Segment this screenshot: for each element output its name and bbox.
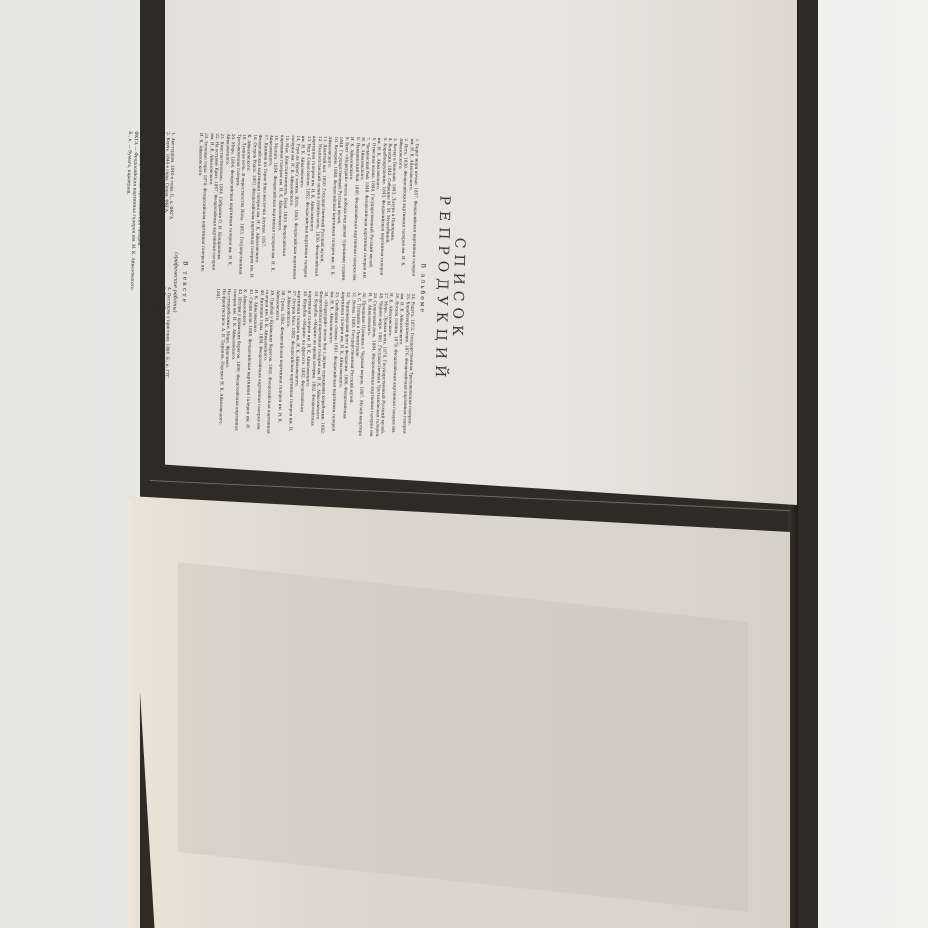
album-column-2: 24. Радуга. 1873. Государственная Третья… bbox=[191, 288, 416, 439]
album-list: 1. Берег моря ночью. 1837. Феодосийская … bbox=[191, 133, 420, 439]
album-column-1: 1. Берег моря ночью. 1837. Феодосийская … bbox=[195, 133, 420, 284]
page-edge bbox=[128, 500, 140, 928]
contents-text-block: СПИСОК РЕПРОДУКЦИЙ В альбоме 1. Берег мо… bbox=[122, 131, 470, 440]
plate-impression bbox=[178, 562, 748, 912]
